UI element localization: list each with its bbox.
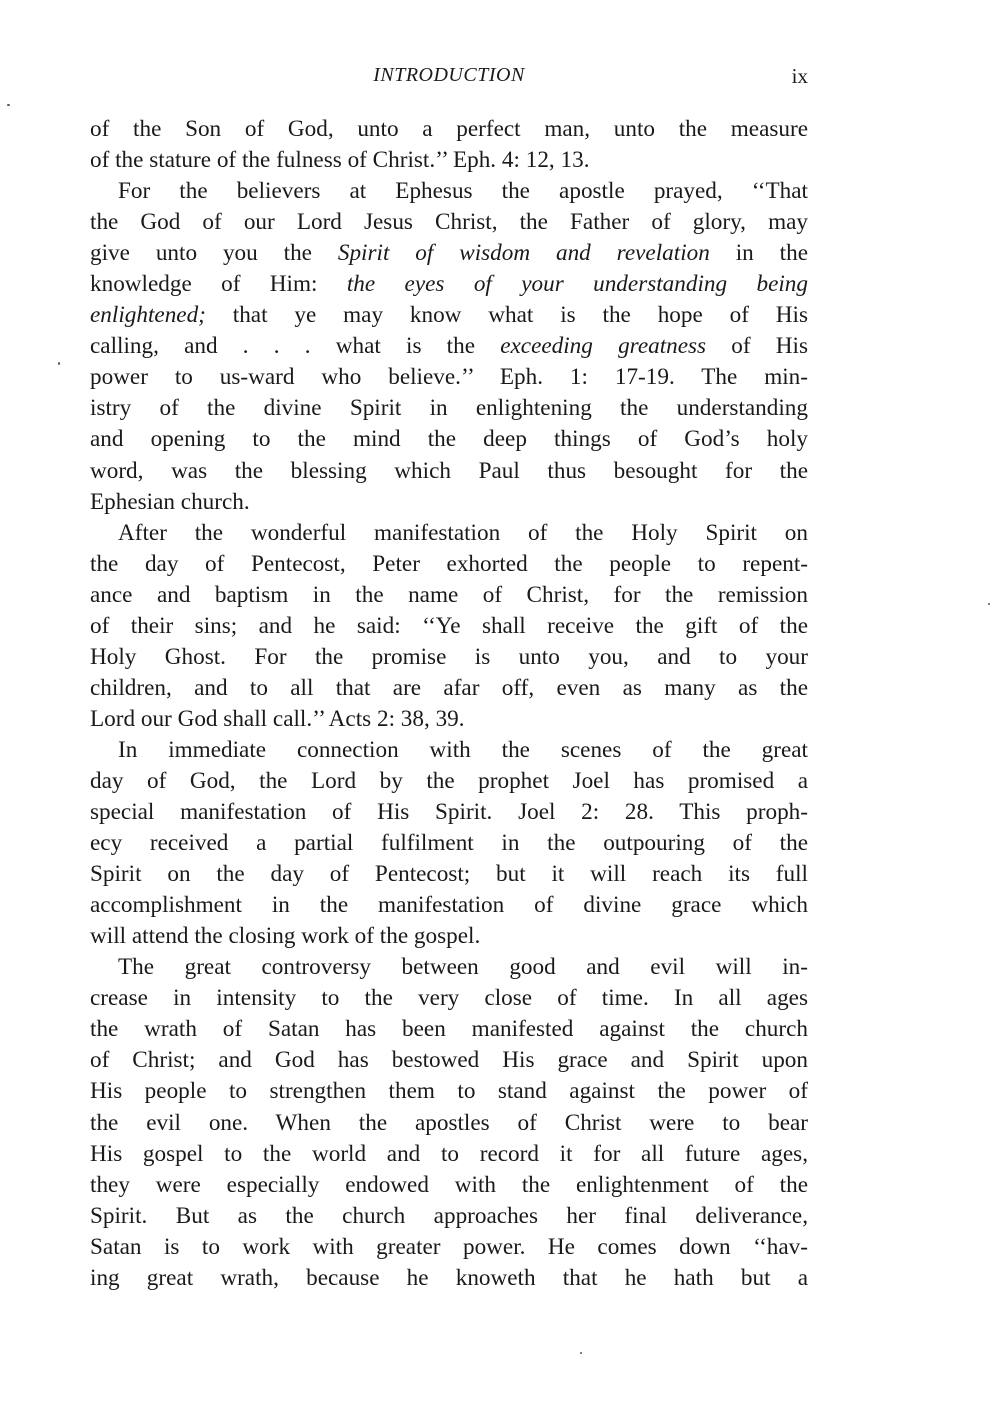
- text-line: Ephesian church.: [90, 487, 808, 518]
- text-line: ance and baptism in the name of Christ, …: [90, 580, 808, 611]
- text-line: of the Son of God, unto a perfect man, u…: [90, 114, 808, 145]
- text-run: the day of Pentecost, Peter exhorted the…: [90, 551, 808, 577]
- text-run: the wrath of Satan has been manifested a…: [90, 1016, 808, 1042]
- text-run: they were especially endowed with the en…: [90, 1172, 808, 1198]
- text-line: ecy received a partial fulfilment in the…: [90, 828, 808, 859]
- text-run: ecy received a partial fulfilment in the…: [90, 830, 808, 856]
- text-line: special manifestation of His Spirit. Joe…: [90, 797, 808, 828]
- text-run: His gospel to the world and to record it…: [90, 1141, 808, 1167]
- text-run: the God of our Lord Jesus Christ, the Fa…: [90, 209, 808, 235]
- text-run: the evil one. When the apostles of Chris…: [90, 1110, 808, 1136]
- text-line: they were especially endowed with the en…: [90, 1170, 808, 1201]
- text-run: day of God, the Lord by the prophet Joel…: [90, 768, 808, 794]
- text-line: will attend the closing work of the gosp…: [90, 921, 808, 952]
- text-run: ing great wrath, because he knoweth that…: [90, 1265, 808, 1291]
- text-run: give unto you the: [90, 240, 338, 266]
- text-line: of their sins; and he said: ‘‘Ye shall r…: [90, 611, 808, 642]
- text-line: the wrath of Satan has been manifested a…: [90, 1014, 808, 1045]
- running-header: INTRODUCTION ix: [90, 64, 808, 94]
- text-line: calling, and . . . what is the exceeding…: [90, 331, 808, 362]
- paragraph: of the Son of God, unto a perfect man, u…: [90, 114, 808, 176]
- text-line: The great controversy between good and e…: [90, 952, 808, 983]
- text-run: will attend the closing work of the gosp…: [90, 923, 480, 949]
- text-run: knowledge of Him:: [90, 271, 347, 297]
- paragraph: The great controversy between good and e…: [90, 952, 808, 1294]
- text-line: For the believers at Ephesus the apostle…: [90, 176, 808, 207]
- text-line: give unto you the Spirit of wisdom and r…: [90, 238, 808, 269]
- text-run: crease in intensity to the very close of…: [90, 985, 808, 1011]
- text-line: His gospel to the world and to record it…: [90, 1139, 808, 1170]
- text-run: power to us-ward who believe.’’ Eph. 1: …: [90, 364, 808, 390]
- paragraph: After the wonderful manifestation of the…: [90, 518, 808, 735]
- text-line: the evil one. When the apostles of Chris…: [90, 1108, 808, 1139]
- text-line: Spirit. But as the church approaches her…: [90, 1201, 808, 1232]
- page-number: ix: [792, 64, 808, 89]
- text-line: the day of Pentecost, Peter exhorted the…: [90, 549, 808, 580]
- text-run: in the: [710, 240, 808, 266]
- text-run: accomplishment in the manifestation of d…: [90, 892, 808, 918]
- text-run: ance and baptism in the name of Christ, …: [90, 582, 808, 608]
- text-line: Lord our God shall call.’’ Acts 2: 38, 3…: [90, 704, 808, 735]
- text-run: of His: [706, 333, 808, 359]
- italic-text: Spirit of wisdom and revelation: [338, 240, 710, 266]
- text-line: knowledge of Him: the eyes of your under…: [90, 269, 808, 300]
- scan-speck: [988, 603, 990, 605]
- text-line: enlightened; that ye may know what is th…: [90, 300, 808, 331]
- text-run: that ye may know what is the hope of His: [206, 302, 808, 328]
- text-line: power to us-ward who believe.’’ Eph. 1: …: [90, 362, 808, 393]
- text-run: Satan is to work with greater power. He …: [90, 1234, 808, 1260]
- text-run: special manifestation of His Spirit. Joe…: [90, 799, 808, 825]
- text-run: of Christ; and God has bestowed His grac…: [90, 1047, 808, 1073]
- text-run: and opening to the mind the deep things …: [90, 426, 808, 452]
- text-line: istry of the divine Spirit in enlighteni…: [90, 393, 808, 424]
- italic-text: enlightened;: [90, 302, 206, 328]
- text-line: Holy Ghost. For the promise is unto you,…: [90, 642, 808, 673]
- text-line: day of God, the Lord by the prophet Joel…: [90, 766, 808, 797]
- text-line: His people to strengthen them to stand a…: [90, 1076, 808, 1107]
- scan-speck: [58, 362, 60, 365]
- scan-speck: [580, 1352, 582, 1354]
- running-title: INTRODUCTION: [90, 64, 808, 87]
- text-run: After the wonderful manifestation of the…: [118, 520, 808, 546]
- text-run: Ephesian church.: [90, 489, 250, 515]
- text-line: accomplishment in the manifestation of d…: [90, 890, 808, 921]
- text-line: word, was the blessing which Paul thus b…: [90, 456, 808, 487]
- text-run: Holy Ghost. For the promise is unto you,…: [90, 644, 808, 670]
- text-line: In immediate connection with the scenes …: [90, 735, 808, 766]
- text-line: crease in intensity to the very close of…: [90, 983, 808, 1014]
- text-line: and opening to the mind the deep things …: [90, 424, 808, 455]
- text-run: For the believers at Ephesus the apostle…: [118, 178, 808, 204]
- text-run: word, was the blessing which Paul thus b…: [90, 458, 808, 484]
- text-run: His people to strengthen them to stand a…: [90, 1078, 808, 1104]
- text-run: children, and to all that are afar off, …: [90, 675, 808, 701]
- paragraph: For the believers at Ephesus the apostle…: [90, 176, 808, 518]
- text-line: Satan is to work with greater power. He …: [90, 1232, 808, 1263]
- text-run: of the stature of the fulness of Christ.…: [90, 147, 590, 173]
- book-page: INTRODUCTION ix of the Son of God, unto …: [0, 0, 1000, 1417]
- text-run: calling, and . . . what is the: [90, 333, 500, 359]
- text-line: Spirit on the day of Pentecost; but it w…: [90, 859, 808, 890]
- italic-text: exceeding greatness: [500, 333, 706, 359]
- body-text: of the Son of God, unto a perfect man, u…: [90, 114, 808, 1294]
- text-run: of the Son of God, unto a perfect man, u…: [90, 116, 808, 142]
- text-line: ing great wrath, because he knoweth that…: [90, 1263, 808, 1294]
- text-run: In immediate connection with the scenes …: [118, 737, 808, 763]
- text-line: After the wonderful manifestation of the…: [90, 518, 808, 549]
- text-run: istry of the divine Spirit in enlighteni…: [90, 395, 808, 421]
- text-run: Spirit. But as the church approaches her…: [90, 1203, 808, 1229]
- text-run: The great controversy between good and e…: [118, 954, 808, 980]
- text-run: Lord our God shall call.’’ Acts 2: 38, 3…: [90, 706, 465, 732]
- text-line: children, and to all that are afar off, …: [90, 673, 808, 704]
- paragraph: In immediate connection with the scenes …: [90, 735, 808, 952]
- text-line: of Christ; and God has bestowed His grac…: [90, 1045, 808, 1076]
- scan-speck: [7, 104, 10, 106]
- text-run: of their sins; and he said: ‘‘Ye shall r…: [90, 613, 808, 639]
- text-run: Spirit on the day of Pentecost; but it w…: [90, 861, 808, 887]
- italic-text: the eyes of your understanding being: [347, 271, 808, 297]
- text-line: the God of our Lord Jesus Christ, the Fa…: [90, 207, 808, 238]
- text-line: of the stature of the fulness of Christ.…: [90, 145, 808, 176]
